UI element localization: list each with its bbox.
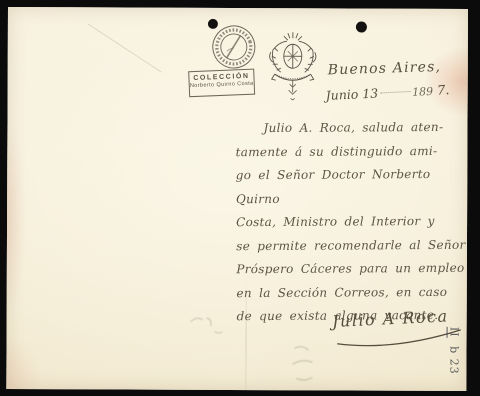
letter-line: go el Señor Doctor Norberto Quirno (236, 163, 468, 211)
collection-stamp-owner: Norberto Quirno Costa (190, 81, 254, 90)
paper-crease-line (87, 23, 161, 72)
archival-margin-note: II b 23 (446, 327, 460, 385)
handwritten-year-digit: 7. (437, 83, 450, 99)
letter-line: Próspero Cáceres para un empleo (236, 257, 468, 282)
printed-year-prefix: 189 (412, 85, 434, 99)
letter-paper: COLECCIÓN Norberto Quirno Costa Buenos A… (6, 7, 468, 391)
letter-line: Costa, Ministro del Interior y (236, 210, 468, 235)
pencil-smudge-icon (284, 340, 340, 388)
pencil-smudge-icon (185, 308, 247, 348)
photo-frame: COLECCIÓN Norberto Quirno Costa Buenos A… (0, 0, 480, 396)
letter-date-day: Junio 13 (325, 86, 378, 104)
letter-line: Julio A. Roca, saluda aten- (235, 116, 467, 141)
letter-line: se permite recomendarle al Señor (236, 233, 468, 258)
letter-city: Buenos Aires, (328, 59, 442, 78)
margin-note-roman-numeral: II (447, 327, 461, 338)
letter-body: Julio A. Roca, saluda aten- tamente á su… (235, 116, 468, 329)
letter-dateline: Junio 13189 7. (325, 81, 466, 104)
punch-hole-right-icon (356, 22, 367, 33)
collection-stamp: COLECCIÓN Norberto Quirno Costa (188, 69, 255, 98)
letter-line: en la Sección Correos, en caso (236, 280, 468, 305)
date-leader-line (380, 91, 410, 93)
paper-fold-line (245, 276, 246, 390)
margin-note-code: b 23 (447, 346, 460, 375)
letter-line: tamente á su distinguido ami- (236, 139, 468, 164)
coat-of-arms-emblem-icon (263, 28, 323, 106)
